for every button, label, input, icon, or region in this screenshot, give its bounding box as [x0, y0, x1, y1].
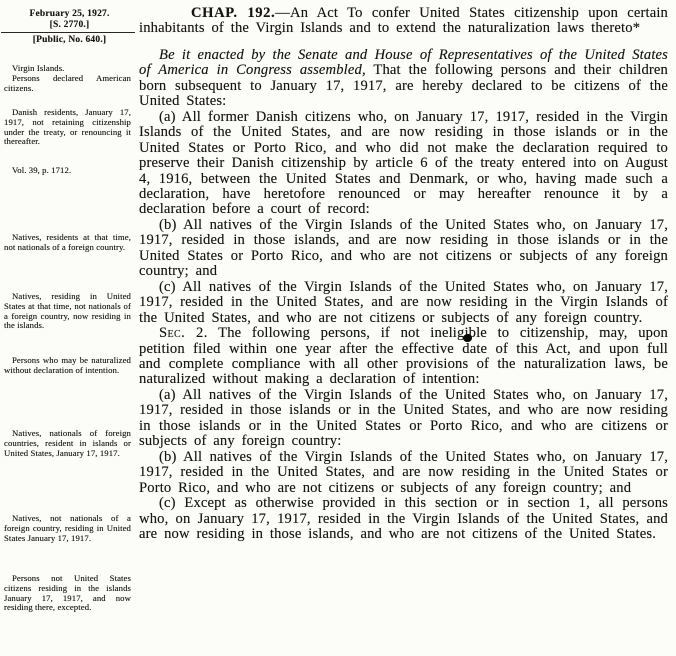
paragraph-sec2-b: (b) All natives of the Virgin Islands of… [139, 450, 668, 496]
public-law-number: [Public, No. 640.] [4, 35, 135, 46]
paragraph-sec2-c: (c) Except as otherwise provided in this… [139, 496, 668, 542]
ink-blot [463, 334, 472, 342]
sidenote-persons-declared: Persons declared American citizens. [4, 74, 131, 94]
sidenote-natives-nationals: Natives, nationals of foreign countries,… [4, 429, 131, 458]
chapter-heading: CHAP. 192.—An Act To confer United State… [139, 6, 668, 37]
act-date: February 25, 1927. [4, 9, 135, 20]
sidenote-natives-residents: Natives, residents at that time, not nat… [4, 233, 131, 253]
sidenote-persons-excepted: Persons not United States citizens resid… [4, 574, 131, 613]
paragraph-label: (b) [159, 217, 176, 233]
paragraph-label: (a) [159, 109, 176, 125]
sidenote-natives-not-nationals: Natives, not nationals of a foreign coun… [4, 514, 131, 543]
sidenote-vol-citation: Vol. 39, p. 1712. [4, 166, 131, 176]
statute-page: February 25, 1927. [S. 2770.] [Public, N… [0, 0, 676, 656]
statute-body: CHAP. 192.—An Act To confer United State… [139, 6, 668, 542]
divider-rule [1, 32, 135, 33]
paragraph-text: Except as otherwise provided in this sec… [139, 495, 668, 542]
bill-number: [S. 2770.] [4, 20, 135, 31]
paragraph-text: All natives of the Virgin Islands of the… [139, 387, 668, 449]
paragraph-label: (c) [159, 495, 176, 511]
date-block: February 25, 1927. [S. 2770.] [Public, N… [4, 9, 135, 46]
paragraph-sec2-a: (a) All natives of the Virgin Islands of… [139, 388, 668, 450]
sidenote-natives-residing-us: Natives, residing in United States at th… [4, 292, 131, 331]
sidenote-danish-residents: Danish residents, January 17, 1917, not … [4, 108, 131, 147]
paragraph-label: (a) [159, 387, 176, 403]
chapter-number: CHAP. 192. [191, 5, 275, 21]
paragraph-sec2-intro: Sec. 2. The following persons, if not in… [139, 326, 668, 388]
paragraph-text: All natives of the Virgin Islands of the… [139, 279, 668, 326]
section-label: Sec. 2. [159, 325, 208, 341]
paragraph-label: (b) [159, 449, 176, 465]
paragraph-text: All natives of the Virgin Islands of the… [139, 449, 668, 496]
paragraph-text: All natives of the Virgin Islands of the… [139, 217, 668, 279]
paragraph-label: (c) [159, 279, 176, 295]
paragraph-sec1-a: (a) All former Danish citizens who, on J… [139, 110, 668, 218]
enacting-clause: Be it enacted by the Senate and House of… [139, 48, 668, 110]
sidenote-column: February 25, 1927. [S. 2770.] [Public, N… [4, 0, 135, 656]
sidenote-persons-naturalized: Persons who may be naturalized without d… [4, 356, 131, 376]
paragraph-sec1-c: (c) All natives of the Virgin Islands of… [139, 280, 668, 326]
paragraph-sec1-b: (b) All natives of the Virgin Islands of… [139, 218, 668, 280]
paragraph-text: The following persons, if not ineligible… [139, 325, 668, 387]
paragraph-text: All former Danish citizens who, on Janua… [139, 109, 668, 218]
